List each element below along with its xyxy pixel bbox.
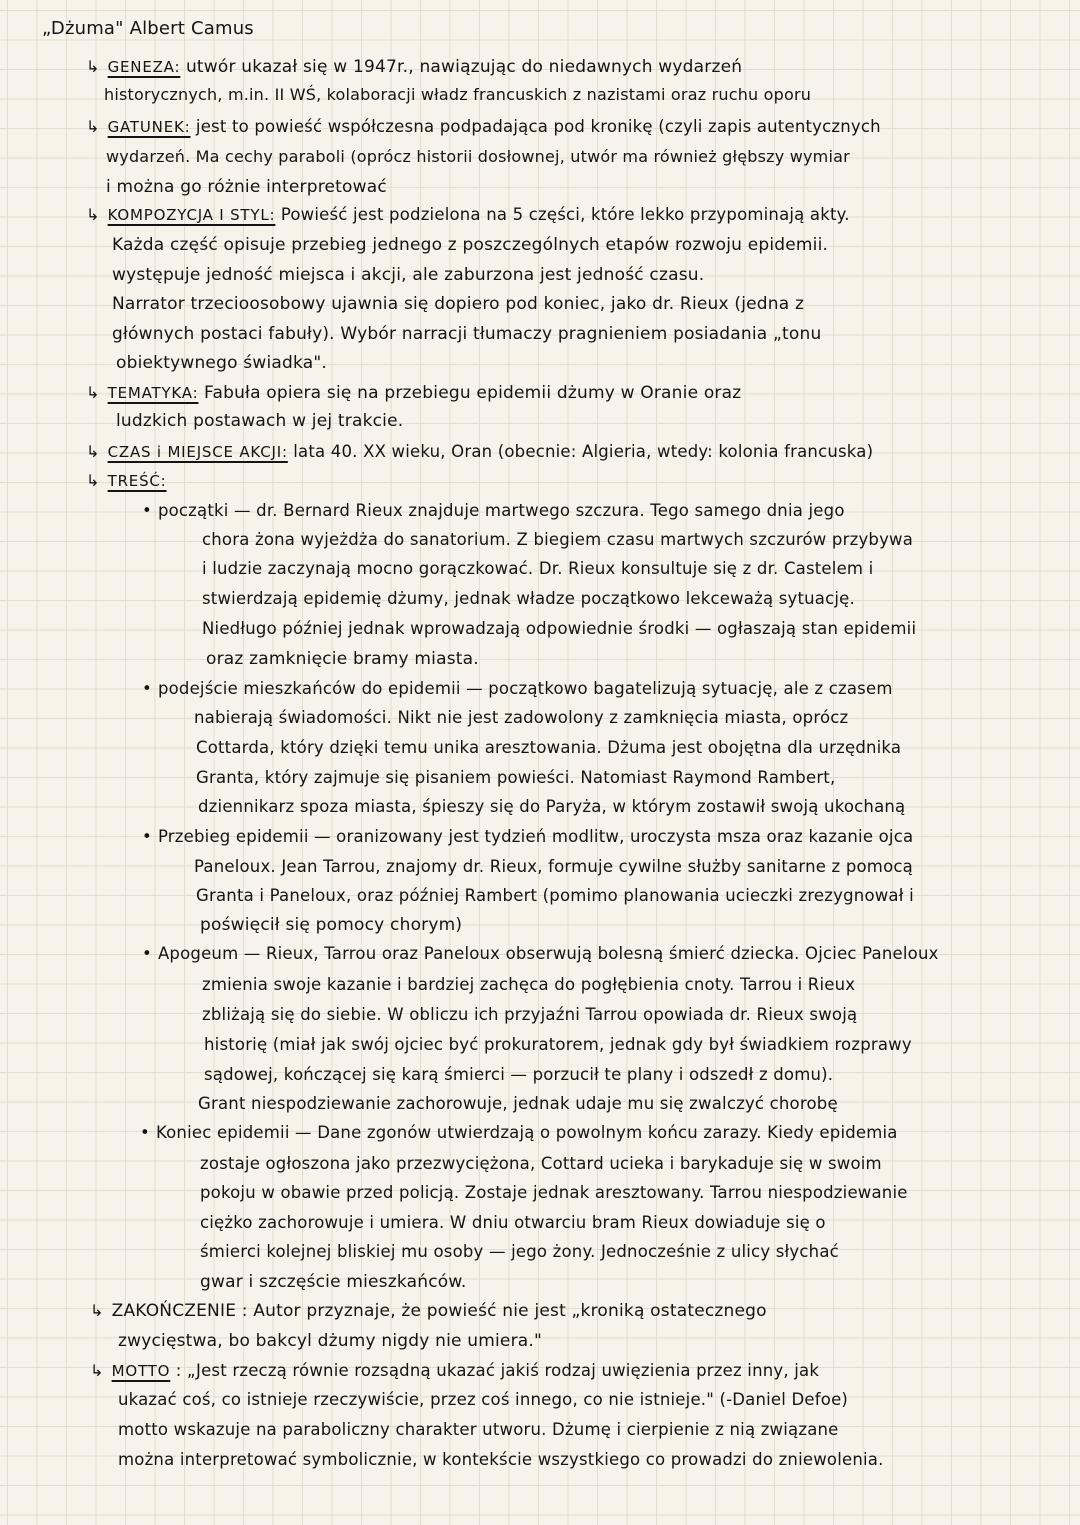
text-line: historię (miał jak swój ojciec być proku…	[204, 1034, 912, 1056]
bullet-icon: •	[142, 500, 152, 522]
list-item-poczatki: •początki — dr. Bernard Rieux znajduje m…	[142, 500, 845, 522]
arrow-icon: ↳	[86, 382, 100, 404]
text-line: oraz zamknięcie bramy miasta.	[206, 648, 479, 670]
text-line: i można go różnie interpretować	[106, 176, 387, 198]
section-zakonczenie: ↳ZAKOŃCZENIE : Autor przyznaje, że powie…	[90, 1300, 767, 1322]
text-line: obiektywnego świadka".	[116, 352, 327, 374]
text-line: zmienia swoje kazanie i bardziej zachęca…	[202, 974, 855, 996]
text-line: podejście mieszkańców do epidemii — pocz…	[158, 679, 893, 698]
section-motto: ↳MOTTO : „Jest rzeczą równie rozsądną uk…	[90, 1360, 819, 1382]
text-line: Grant niespodziewanie zachorowuje, jedna…	[198, 1093, 838, 1115]
list-item-koniec: •Koniec epidemii — Dane zgonów utwierdza…	[140, 1122, 898, 1144]
text-line: motto wskazuje na paraboliczny charakter…	[118, 1419, 839, 1441]
text-line: Każda część opisuje przebieg jednego z p…	[112, 234, 828, 256]
text-line: można interpretować symbolicznie, w kont…	[118, 1449, 884, 1471]
text-line: : „Jest rzeczą równie rozsądną ukazać ja…	[176, 1361, 819, 1380]
text-line: Narrator trzecioosobowy ujawnia się dopi…	[112, 293, 804, 315]
text-line: Cottarda, który dzięki temu unika areszt…	[196, 737, 901, 759]
text-line: ukazać coś, co istnieje rzeczywiście, pr…	[118, 1389, 848, 1411]
text-line: zbliżają się do siebie. W obliczu ich pr…	[202, 1004, 857, 1026]
text-line: lata 40. XX wieku, Oran (obecnie: Algier…	[293, 442, 873, 461]
text-line: Paneloux. Jean Tarrou, znajomy dr. Rieux…	[194, 856, 913, 878]
bullet-icon: •	[142, 678, 152, 700]
section-tematyka: ↳TEMATYKA: Fabuła opiera się na przebieg…	[86, 382, 741, 404]
text-line: ludzkich postawach w jej trakcie.	[116, 410, 403, 432]
text-line: nabierają świadomości. Nikt nie jest zad…	[194, 707, 848, 729]
bullet-icon: •	[142, 826, 152, 848]
text-line: Koniec epidemii — Dane zgonów utwierdzaj…	[156, 1123, 898, 1142]
section-czas: ↳CZAS i MIEJSCE AKCJI: lata 40. XX wieku…	[86, 441, 873, 463]
text-line: sądowej, kończącej się karą śmierci — po…	[204, 1064, 833, 1086]
section-label: MOTTO	[112, 1362, 171, 1380]
text-line: śmierci kolejnej bliskiej mu osoby — jeg…	[200, 1241, 839, 1263]
section-tresc: ↳TREŚĆ:	[86, 470, 167, 492]
arrow-icon: ↳	[86, 56, 100, 78]
list-item-apogeum: •Apogeum — Rieux, Tarrou oraz Paneloux o…	[142, 943, 939, 965]
text-line: zostaje ogłoszona jako przezwyciężona, C…	[200, 1153, 882, 1175]
text-line: Niedługo później jednak wprowadzają odpo…	[202, 618, 916, 640]
arrow-icon: ↳	[90, 1300, 104, 1322]
text-line: utwór ukazał się w 1947r., nawiązując do…	[186, 57, 742, 77]
text-line: początki — dr. Bernard Rieux znajduje ma…	[158, 501, 845, 520]
text-line: historycznych, m.in. II WŚ, kolaboracji …	[104, 84, 811, 106]
section-label: GATUNEK:	[108, 118, 191, 136]
arrow-icon: ↳	[86, 441, 100, 463]
text-line: Powieść jest podzielona na 5 części, któ…	[281, 205, 850, 224]
text-line: poświęcił się pomocy chorym)	[200, 914, 462, 936]
text-line: występuje jedność miejsca i akcji, ale z…	[112, 264, 704, 286]
arrow-icon: ↳	[86, 204, 100, 226]
section-gatunek: ↳GATUNEK: jest to powieść współczesna po…	[86, 116, 881, 138]
text-line: stwierdzają epidemię dżumy, jednak władz…	[202, 588, 855, 610]
page-title: „Dżuma" Albert Camus	[42, 18, 254, 40]
arrow-icon: ↳	[86, 116, 100, 138]
section-label: CZAS i MIEJSCE AKCJI:	[108, 443, 288, 461]
section-kompozycja: ↳KOMPOZYCJA I STYL: Powieść jest podziel…	[86, 204, 850, 226]
section-label: KOMPOZYCJA I STYL:	[108, 206, 276, 224]
text-line: wydarzeń. Ma cechy paraboli (oprócz hist…	[106, 146, 850, 168]
text-line: pokoju w obawie przed policją. Zostaje j…	[200, 1182, 908, 1204]
text-line: gwar i szczęście mieszkańców.	[200, 1271, 467, 1293]
text-line: Granta, który zajmuje się pisaniem powie…	[196, 767, 835, 789]
text-line: ciężko zachorowuje i umiera. W dniu otwa…	[200, 1212, 826, 1234]
text-line: Autor przyznaje, że powieść nie jest „kr…	[253, 1301, 766, 1321]
text-line: głównych postaci fabuły). Wybór narracji…	[112, 323, 821, 345]
arrow-icon: ↳	[90, 1360, 104, 1382]
section-geneza: ↳GENEZA: utwór ukazał się w 1947r., nawi…	[86, 56, 742, 78]
section-label: ZAKOŃCZENIE :	[112, 1301, 248, 1321]
section-label: GENEZA:	[108, 58, 181, 76]
list-item-przebieg: •Przebieg epidemii — oranizowany jest ty…	[142, 826, 913, 848]
bullet-icon: •	[140, 1122, 150, 1144]
text-line: Apogeum — Rieux, Tarrou oraz Paneloux ob…	[158, 944, 939, 963]
text-line: zwycięstwa, bo bakcyl dżumy nigdy nie um…	[118, 1330, 542, 1352]
section-label: TREŚĆ:	[108, 472, 167, 490]
section-label: TEMATYKA:	[108, 384, 199, 402]
list-item-podejscie: •podejście mieszkańców do epidemii — poc…	[142, 678, 893, 700]
text-line: Przebieg epidemii — oranizowany jest tyd…	[158, 827, 913, 846]
text-line: Fabuła opiera się na przebiegu epidemii …	[204, 383, 741, 403]
text-line: chora żona wyjeżdża do sanatorium. Z bie…	[202, 529, 913, 551]
text-line: i ludzie zaczynają mocno gorączkować. Dr…	[202, 558, 873, 580]
arrow-icon: ↳	[86, 470, 100, 492]
text-line: Granta i Paneloux, oraz później Rambert …	[196, 885, 914, 907]
text-line: dziennikarz spoza miasta, śpieszy się do…	[198, 796, 905, 818]
text-line: jest to powieść współczesna podpadająca …	[196, 117, 881, 136]
bullet-icon: •	[142, 943, 152, 965]
